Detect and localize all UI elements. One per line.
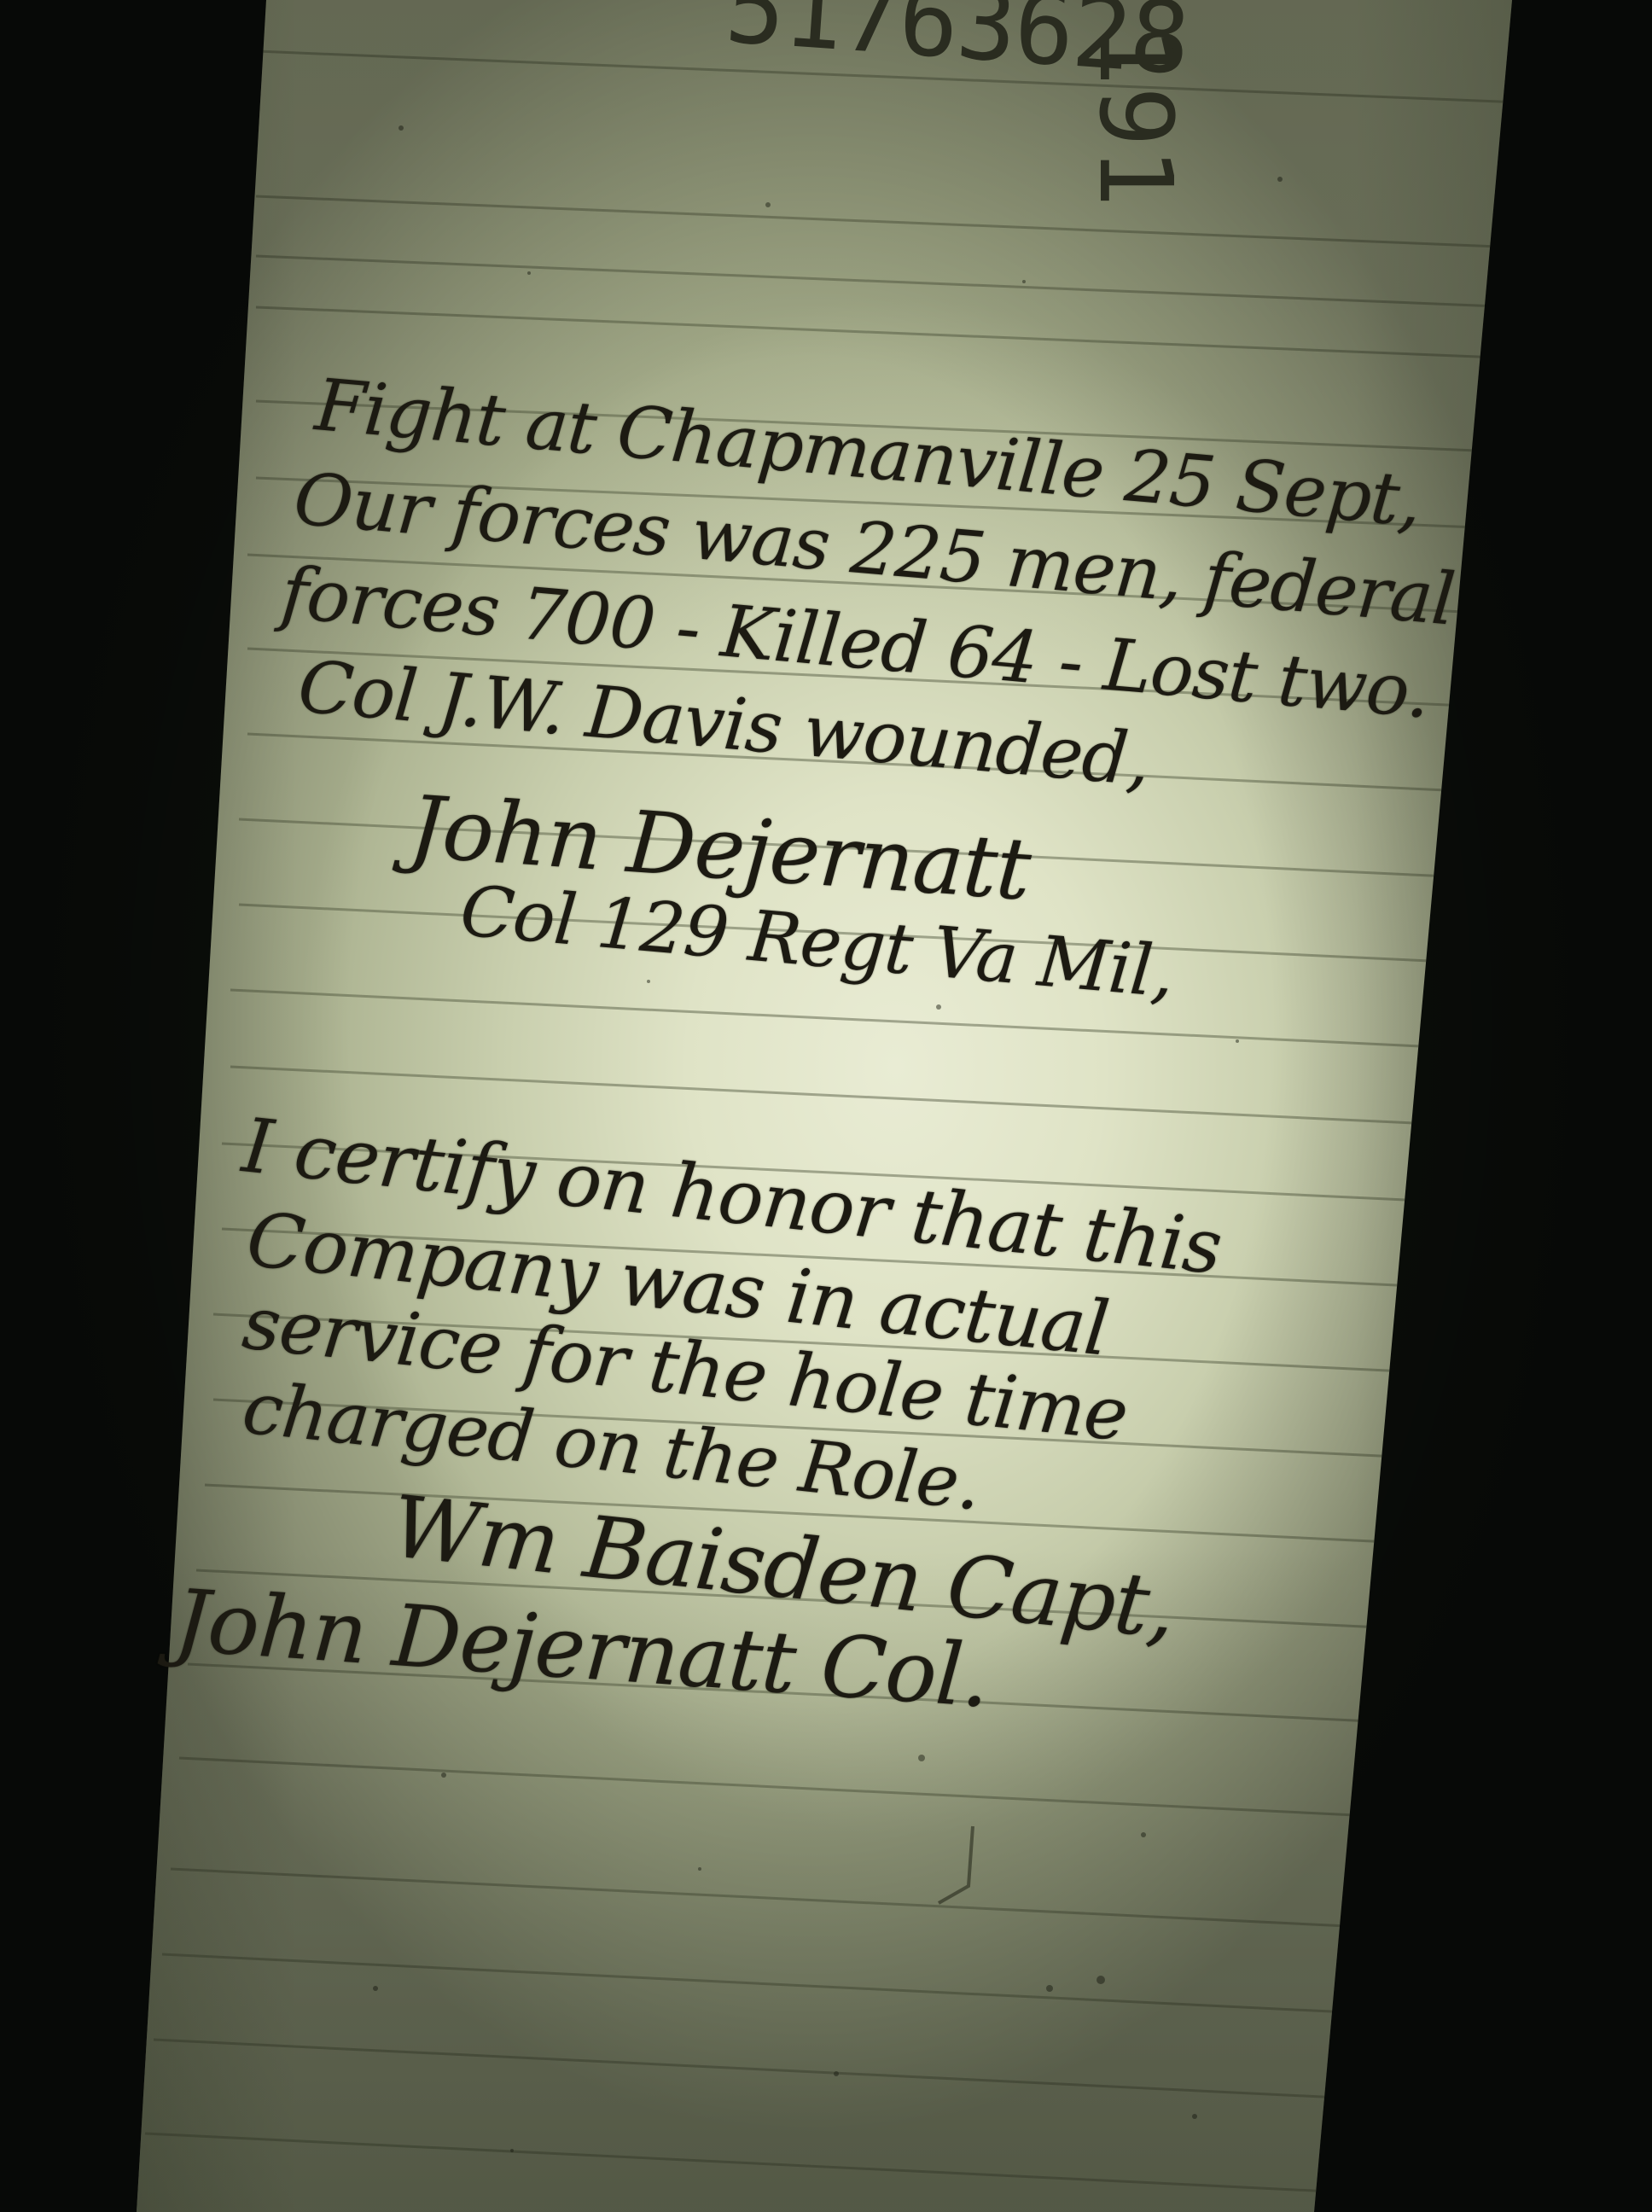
page-number-stamp: 191	[1077, 26, 1195, 207]
